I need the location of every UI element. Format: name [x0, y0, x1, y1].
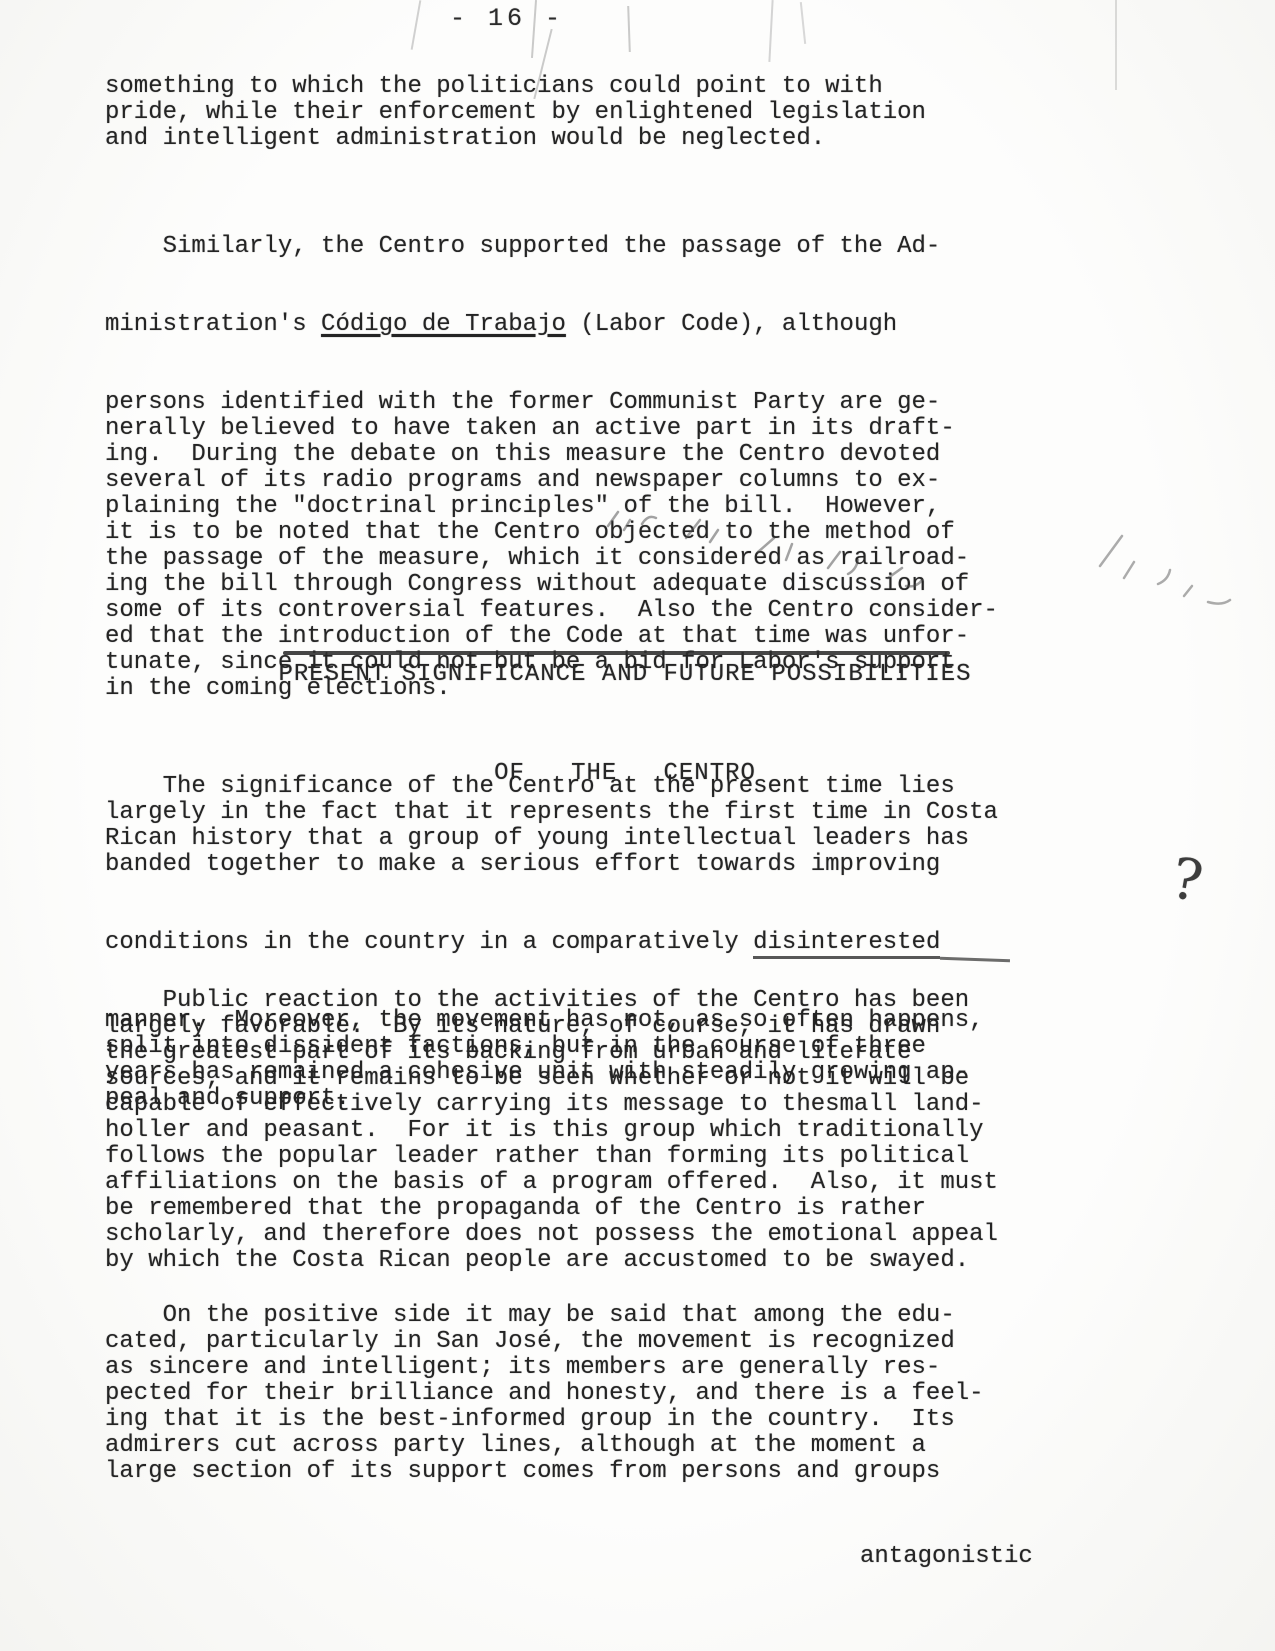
paragraph-positive-side: On the positive side it may be said that… — [105, 1303, 1235, 1485]
page-number: - 16 - — [450, 4, 564, 33]
scan-artifact-streak — [800, 2, 806, 44]
paragraph-lines: The significance of the Centro at the pr… — [105, 774, 1235, 878]
hand-underlined-word-disinterested: disinterested — [753, 929, 940, 959]
paragraph-line-with-underline: conditions in the country in a comparati… — [105, 930, 1235, 956]
scan-artifact-streak — [768, 0, 773, 62]
paragraph-lines: Similarly, the Centro supported the pass… — [105, 234, 1235, 260]
heading-underline — [283, 651, 950, 655]
paragraph-line-with-underline: ministration's Código de Trabajo (Labor … — [105, 312, 1235, 338]
underlined-term-codigo-de-trabajo: Código de Trabajo — [321, 311, 566, 338]
line-text: conditions in the country in a comparati… — [105, 929, 753, 956]
catchword: antagonistic — [860, 1543, 1033, 1570]
line-text: (Labor Code), although — [566, 311, 897, 338]
paragraph-public-reaction: Public reaction to the activities of the… — [105, 988, 1235, 1274]
paragraph-continuation: something to which the politicians could… — [105, 74, 1235, 152]
section-heading-line1: PRESENT SIGNIFICANCE AND FUTURE POSSIBIL… — [105, 658, 1145, 691]
scan-artifact-streak — [627, 6, 631, 52]
scan-artifact-streak — [411, 0, 422, 50]
document-page: - 16 - something to which the politician… — [0, 0, 1275, 1651]
line-text: ministration's — [105, 311, 321, 338]
